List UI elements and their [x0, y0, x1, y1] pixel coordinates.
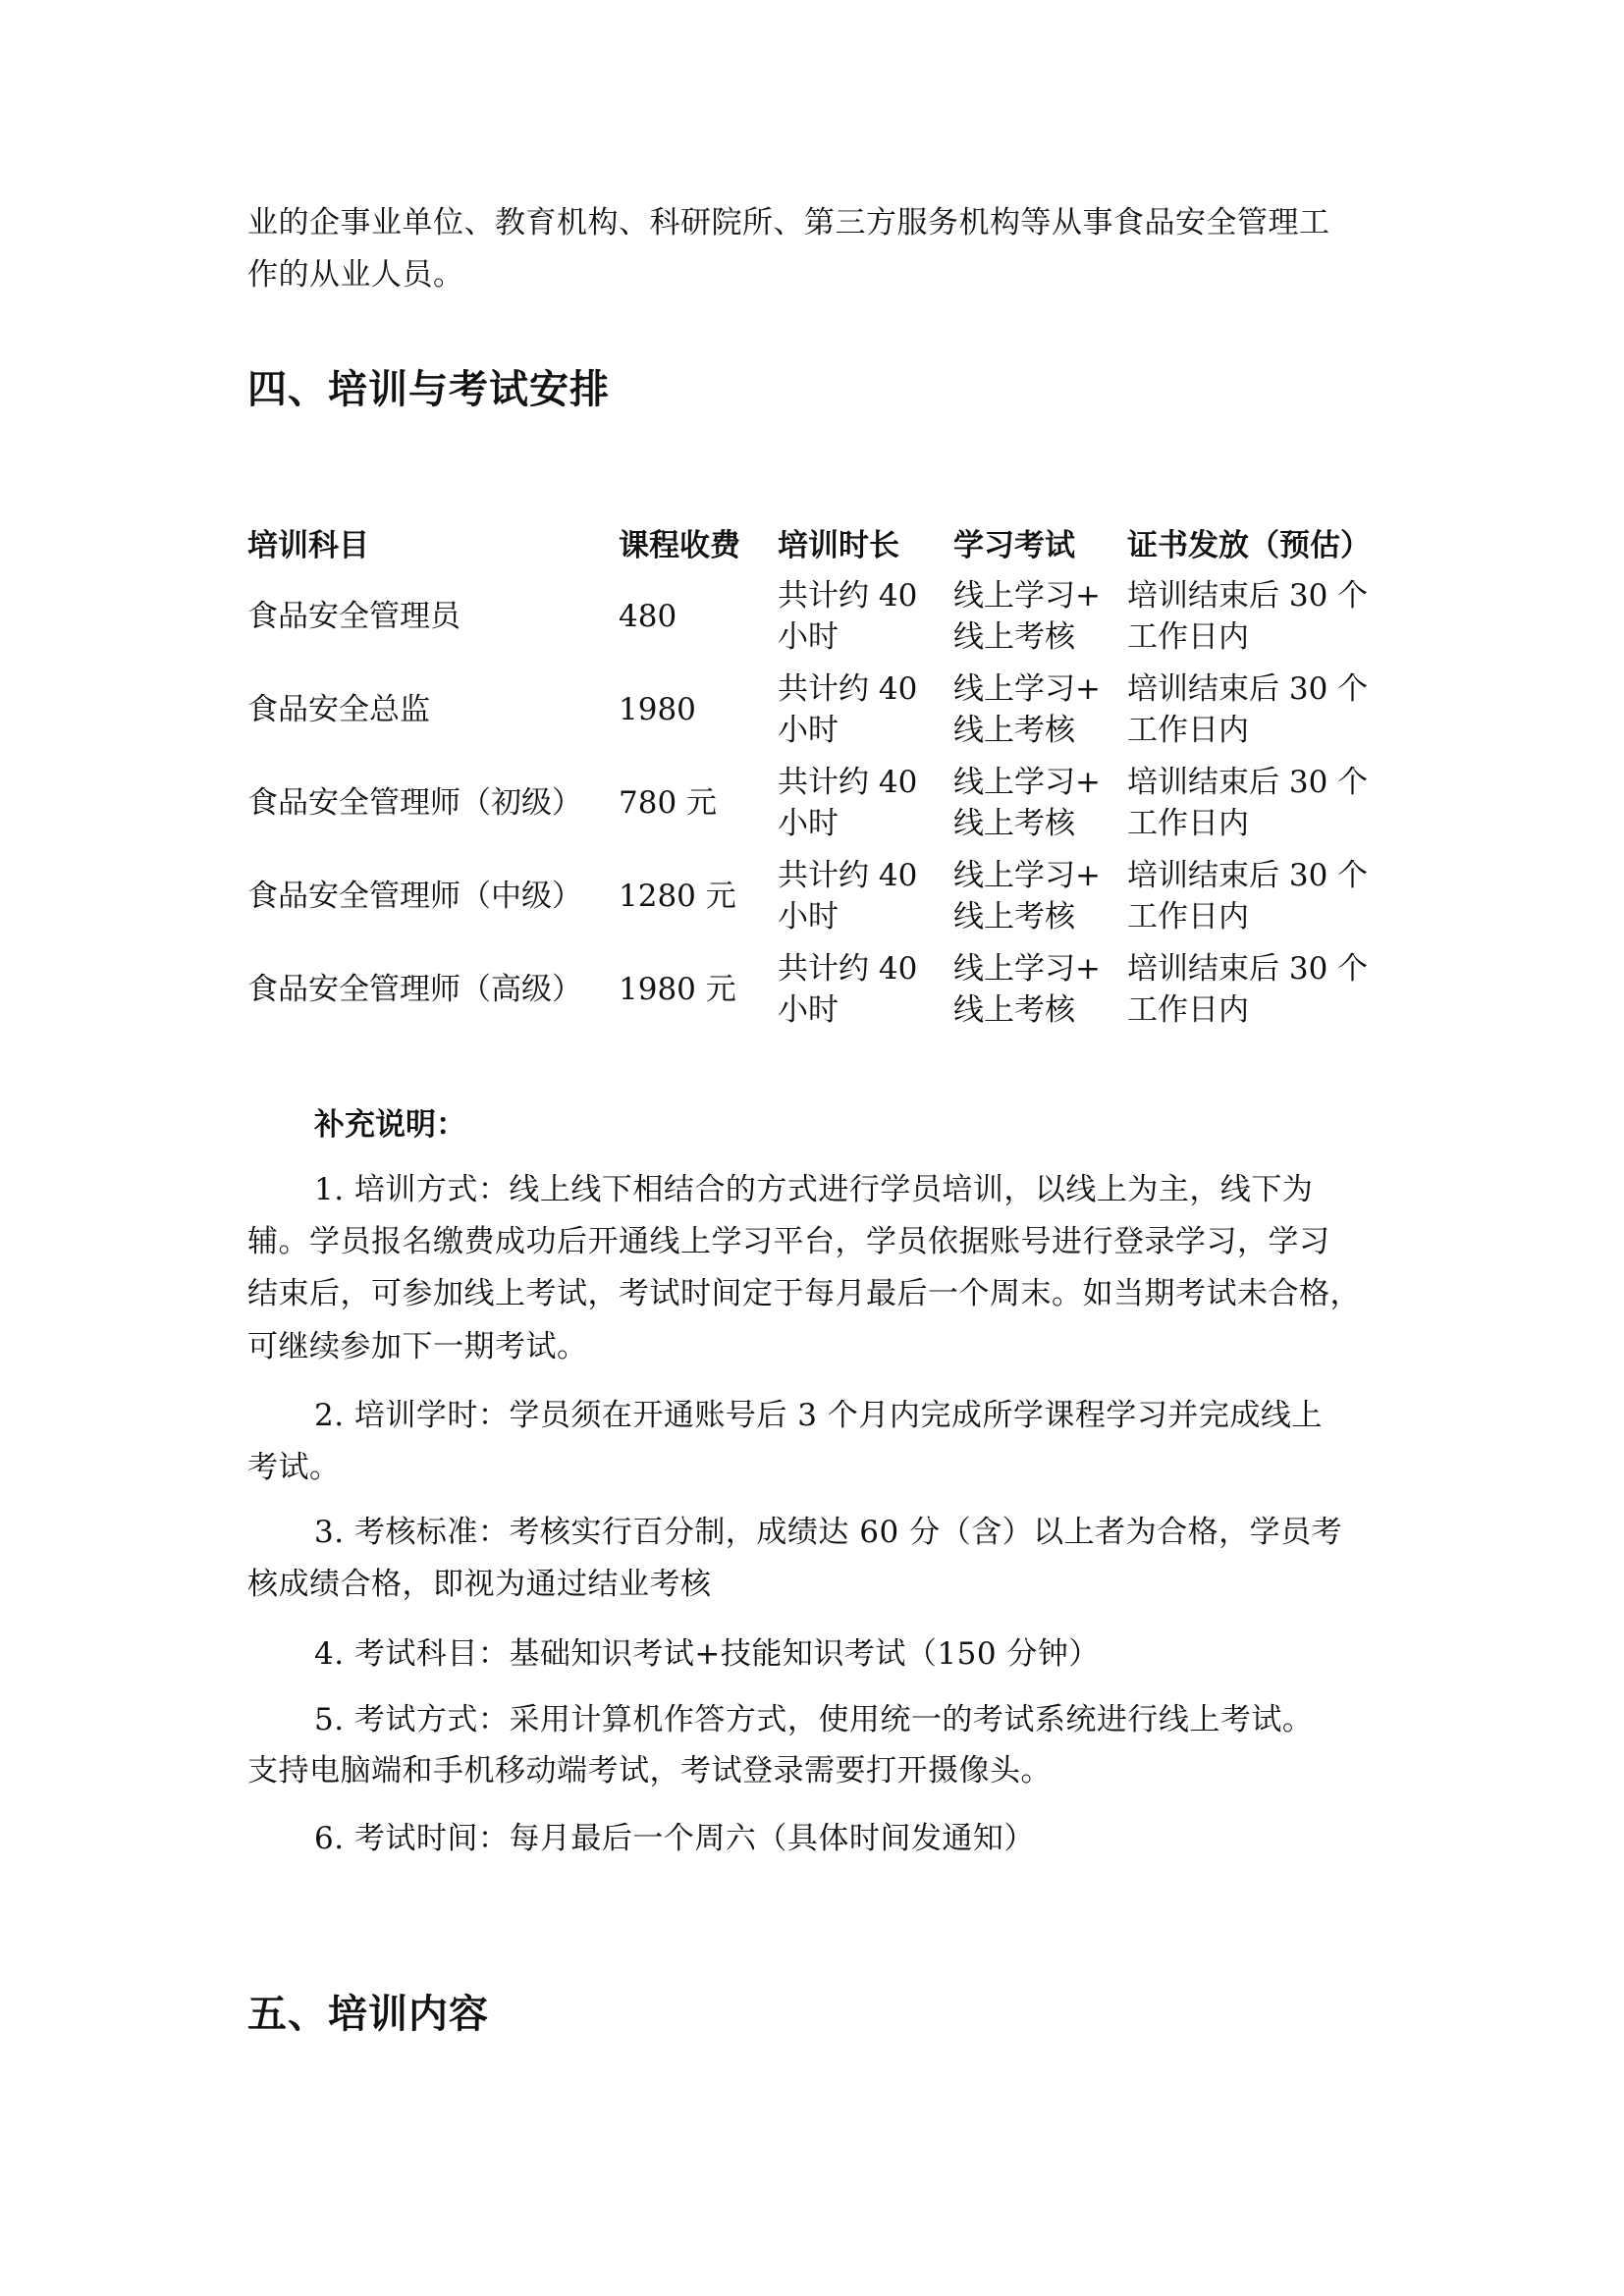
col-header-certificate: 证书发放（预估） — [1127, 528, 1371, 563]
intro-line-2: 作的从业人员。 — [247, 257, 464, 293]
cell-duration-l2: 小时 — [778, 616, 839, 658]
intro-line-1: 业的企事业单位、教育机构、科研院所、第三方服务机构等从事食品安全管理工 — [247, 205, 1330, 240]
cell-subject: 食品安全总监 — [247, 688, 430, 731]
cell-study-exam-l2: 线上考核 — [953, 896, 1075, 937]
col-header-study-exam: 学习考试 — [953, 528, 1075, 563]
cell-duration-l1: 共计约 40 — [778, 575, 917, 616]
cell-certificate-l1: 培训结束后 30 个 — [1127, 762, 1368, 803]
note-line: 辅。学员报名缴费成功后开通线上学习平台，学员依据账号进行登录学习，学习 — [247, 1224, 1330, 1259]
cell-fee: 480 — [619, 595, 677, 638]
col-header-subject: 培训科目 — [247, 528, 369, 563]
note-line: 5. 考试方式：采用计算机作答方式，使用统一的考试系统进行线上考试。 — [314, 1702, 1313, 1737]
cell-duration-l2: 小时 — [778, 896, 839, 937]
section-heading-5: 五、培训内容 — [247, 1993, 489, 2036]
note-line: 结束后，可参加线上考试，考试时间定于每月最后一个周末。如当期考试未合格， — [247, 1276, 1361, 1311]
cell-duration-l1: 共计约 40 — [778, 855, 917, 896]
cell-study-exam-l2: 线上考核 — [953, 616, 1075, 658]
cell-certificate-l2: 工作日内 — [1127, 616, 1249, 658]
cell-subject: 食品安全管理师（高级） — [247, 968, 582, 1011]
cell-certificate-l2: 工作日内 — [1127, 896, 1249, 937]
cell-study-exam-l1: 线上学习+ — [953, 575, 1101, 616]
cell-subject: 食品安全管理师（中级） — [247, 875, 582, 918]
cell-study-exam-l1: 线上学习+ — [953, 668, 1101, 710]
cell-study-exam-l2: 线上考核 — [953, 803, 1075, 844]
cell-duration-l2: 小时 — [778, 989, 839, 1031]
section-heading-4: 四、培训与考试安排 — [247, 368, 610, 411]
note-line: 4. 考试科目：基础知识考试+技能知识考试（150 分钟） — [314, 1636, 1100, 1672]
note-line: 考试。 — [247, 1450, 341, 1485]
cell-study-exam-l1: 线上学习+ — [953, 855, 1101, 896]
cell-study-exam-l1: 线上学习+ — [953, 948, 1101, 989]
cell-duration-l2: 小时 — [778, 803, 839, 844]
note-line: 6. 考试时间：每月最后一个周六（具体时间发通知） — [314, 1821, 1035, 1856]
cell-fee: 1280 元 — [619, 875, 736, 918]
cell-duration-l1: 共计约 40 — [778, 762, 917, 803]
note-line: 2. 培训学时：学员须在开通账号后 3 个月内完成所学课程学习并完成线上 — [314, 1398, 1323, 1433]
note-line: 可继续参加下一期考试。 — [247, 1329, 588, 1364]
cell-certificate-l1: 培训结束后 30 个 — [1127, 575, 1368, 616]
cell-certificate-l2: 工作日内 — [1127, 989, 1249, 1031]
cell-duration-l2: 小时 — [778, 710, 839, 751]
cell-study-exam-l1: 线上学习+ — [953, 762, 1101, 803]
cell-study-exam-l2: 线上考核 — [953, 989, 1075, 1031]
cell-certificate-l1: 培训结束后 30 个 — [1127, 668, 1368, 710]
cell-fee: 780 元 — [619, 781, 717, 825]
cell-certificate-l2: 工作日内 — [1127, 803, 1249, 844]
document-page: 业的企事业单位、教育机构、科研院所、第三方服务机构等从事食品安全管理工 作的从业… — [0, 0, 1624, 2296]
cell-certificate-l2: 工作日内 — [1127, 710, 1249, 751]
note-line: 支持电脑端和手机移动端考试，考试登录需要打开摄像头。 — [247, 1753, 1052, 1789]
note-line: 1. 培训方式：线上线下相结合的方式进行学员培训，以线上为主，线下为 — [314, 1172, 1313, 1207]
cell-study-exam-l2: 线上考核 — [953, 710, 1075, 751]
cell-certificate-l1: 培训结束后 30 个 — [1127, 855, 1368, 896]
cell-certificate-l1: 培训结束后 30 个 — [1127, 948, 1368, 989]
cell-subject: 食品安全管理师（初级） — [247, 781, 582, 825]
cell-duration-l1: 共计约 40 — [778, 668, 917, 710]
cell-fee: 1980 — [619, 688, 696, 731]
notes-title: 补充说明： — [314, 1107, 466, 1143]
note-line: 3. 考核标准：考核实行百分制，成绩达 60 分（含）以上者为合格，学员考 — [314, 1515, 1342, 1550]
col-header-fee: 课程收费 — [619, 528, 740, 563]
note-line: 核成绩合格，即视为通过结业考核 — [247, 1567, 712, 1602]
cell-duration-l1: 共计约 40 — [778, 948, 917, 989]
col-header-duration: 培训时长 — [778, 528, 899, 563]
cell-subject: 食品安全管理员 — [247, 595, 460, 638]
cell-fee: 1980 元 — [619, 968, 736, 1011]
